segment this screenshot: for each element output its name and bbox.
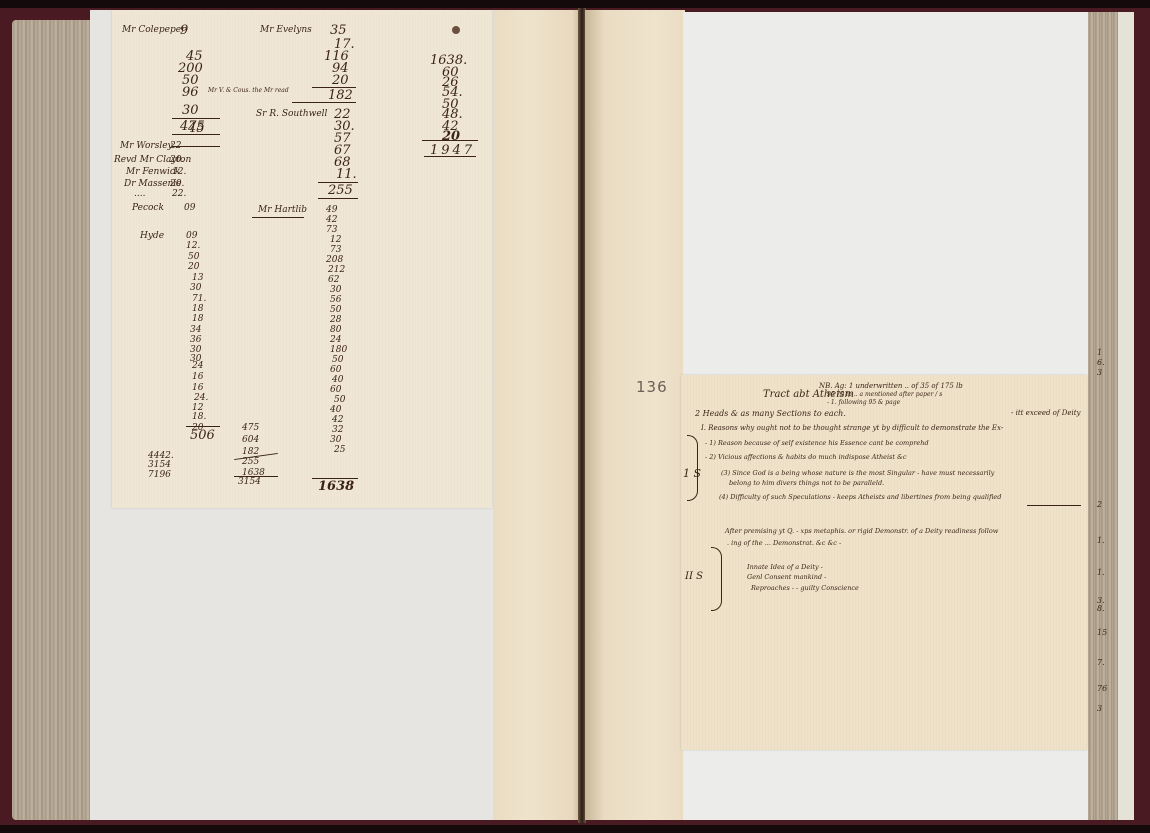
- ledger-name-hyde: Hyde: [140, 232, 164, 241]
- right-gutter-stub: [585, 10, 685, 820]
- ledger-name-southwell: Sr R. Southwell: [256, 110, 327, 119]
- ledger-value: 9: [180, 24, 188, 37]
- right-endpaper: [1118, 12, 1134, 820]
- left-page-edges: [12, 20, 94, 820]
- ledger-name-colepeper: Mr Colepeper: [122, 26, 185, 35]
- summary-total: 3154: [238, 478, 261, 487]
- column-total: 1638: [318, 480, 354, 493]
- ledger-subtotal: 506: [190, 429, 215, 442]
- section-marker: II S: [685, 571, 703, 582]
- ledger-name-hartlib: Mr Hartlib: [258, 206, 307, 215]
- fore-edge-tab-numbers: 1 6. 3 2 1. 1. 3. 8. 15 7. 76 3: [1097, 340, 1117, 720]
- ledger-sheet: Mr Colepeper 9 45 200 50 96 Mr V. & Cous…: [112, 10, 492, 508]
- ledger-subtotal: 255: [328, 184, 353, 197]
- tract-sheet: NB. Ag: 1 underwritten .. of 35 of 175 l…: [681, 375, 1087, 750]
- heading-part-one: I. Reasons why ought not to be thought s…: [701, 424, 1003, 432]
- heading-part-two: After premising yt Q. - xps metaphis. or…: [725, 527, 998, 535]
- cover-shadow-top: [0, 0, 1150, 8]
- ledger-subtotal: 182: [328, 89, 353, 102]
- cover-shadow-bottom: [0, 825, 1150, 833]
- ledger-subtotal: 475: [180, 120, 205, 133]
- section-marker: 1 S: [683, 467, 701, 480]
- ledger-name-evelyn: Mr Evelyns: [260, 26, 312, 35]
- left-gutter-stub: [493, 10, 581, 820]
- brace-left: [711, 547, 722, 611]
- ledger-annotation: Mr V. & Cous. the Mr read: [208, 88, 289, 94]
- summary-value: 475: [242, 424, 259, 433]
- folio-number: 136: [636, 378, 668, 396]
- tract-subtitle: 2 Heads & as many Sections to each.: [695, 409, 846, 418]
- ink-blot: [452, 26, 460, 34]
